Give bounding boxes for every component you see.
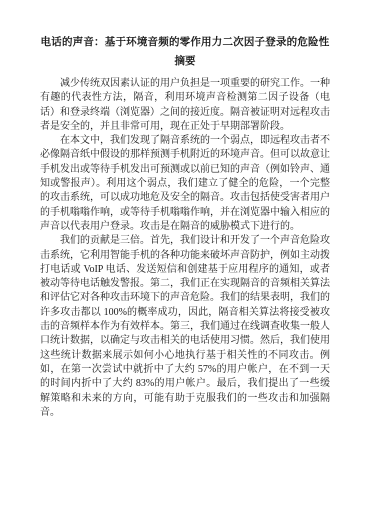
abstract-paragraph-2: 在本文中，我们发现了隔音系统的一个弱点，即远程攻击者不必像隔音纸中假设的那样预测… xyxy=(40,134,330,234)
abstract-heading: 摘要 xyxy=(40,55,330,68)
abstract-body: 减少传统双因素认证的用户负担是一项重要的研究工作。一种有趣的代表性方法，隔音，利… xyxy=(40,77,330,420)
document-page: 电话的声音：基于环境音频的零作用力二次因子登录的危险性 摘要 减少传统双因素认证… xyxy=(0,0,370,523)
abstract-paragraph-1: 减少传统双因素认证的用户负担是一项重要的研究工作。一种有趣的代表性方法，隔音，利… xyxy=(40,77,330,134)
abstract-paragraph-3: 我们的贡献是三倍。首先，我们设计和开发了一个声音危险攻击系统，它利用智能手机的各… xyxy=(40,234,330,420)
paper-title: 电话的声音：基于环境音频的零作用力二次因子登录的危险性 xyxy=(40,36,330,49)
